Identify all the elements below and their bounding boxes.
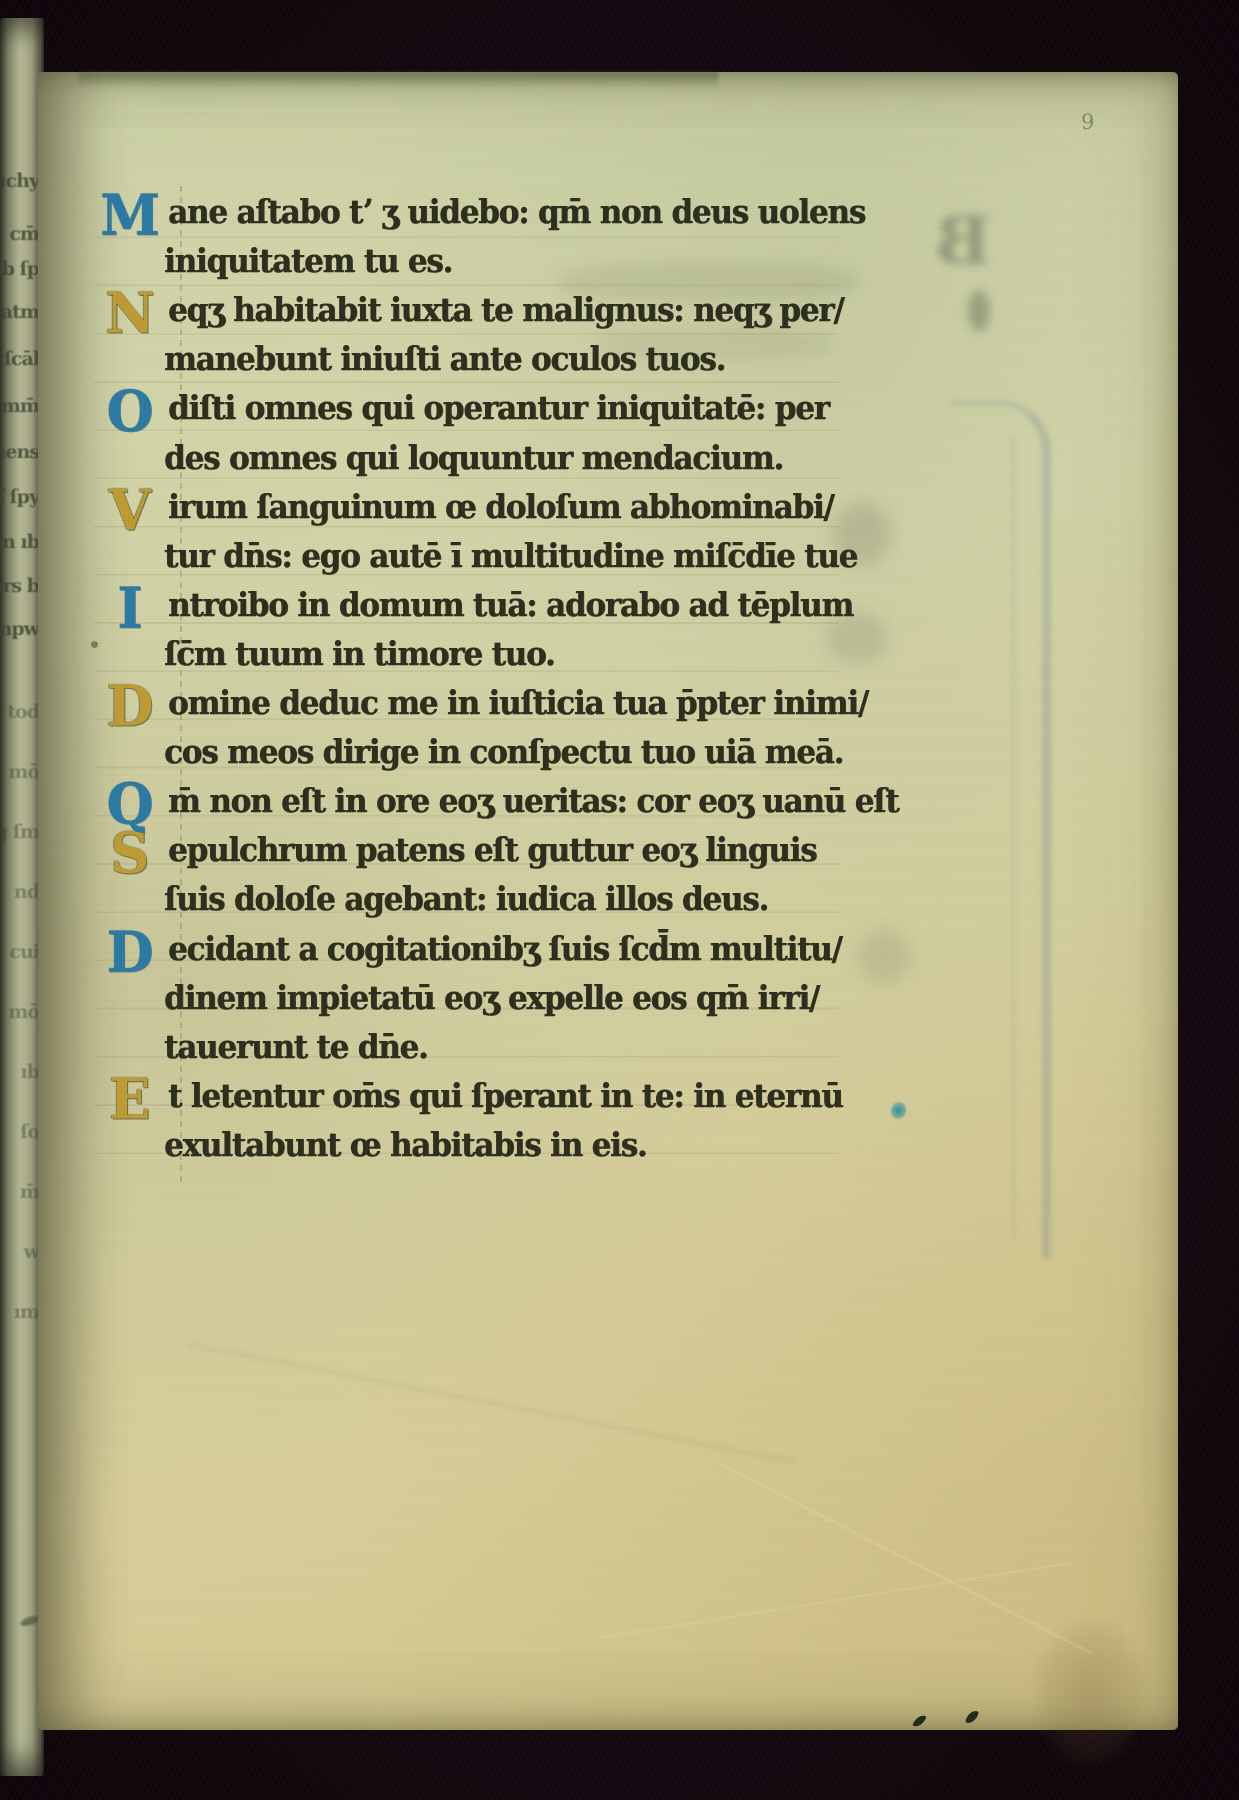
manuscript-line: iniquitatem tu es. xyxy=(164,243,452,295)
line-text: tur dn̄s: ego autē ī multitudine miſc̄dī… xyxy=(164,538,857,575)
text-block: Mane aſtabo tʼ ʒ uidebo: qm̄ non deus uo… xyxy=(94,188,884,1218)
edge-text-fragment: mbrs b xyxy=(0,575,39,597)
manuscript-line: ſc̄m tuum in timore tuo. xyxy=(164,636,555,688)
surface-scratch xyxy=(598,1562,1072,1639)
edge-text-fragment: ſo xyxy=(20,1121,39,1143)
line-text: iniquitatem tu es. xyxy=(164,243,452,280)
edge-text-fragment: w xyxy=(24,1241,39,1263)
manuscript-line: Et letentur om̄s qui ſperant in te: in e… xyxy=(94,1078,843,1130)
edge-text-fragment: ım xyxy=(14,1301,39,1323)
line-text: omine deduc me in iuſticia tua p̄pter in… xyxy=(168,685,868,722)
manuscript-line: cos meos dirige in conſpectu tuo uiā meā… xyxy=(164,734,843,786)
manuscript-line: Mane aſtabo tʼ ʒ uidebo: qm̄ non deus uo… xyxy=(94,194,865,246)
line-text: diſti omnes qui operantur iniquitatē: pe… xyxy=(168,390,829,427)
bleedthrough-blob xyxy=(968,290,990,332)
photo-backdrop: { "page": { "folio_number": "9", "bleedt… xyxy=(0,0,1239,1800)
line-text: t letentur om̄s qui ſperant in te: in et… xyxy=(168,1078,843,1115)
parchment-stain xyxy=(1033,1617,1148,1767)
line-text: ecidant a cogitationibʒ ſuis ſcd̄m multi… xyxy=(168,931,842,968)
brown-dot xyxy=(91,641,98,648)
bleedthrough-letter: B xyxy=(935,202,991,280)
edge-text-fragment: aō ſcāl xyxy=(0,348,39,370)
illuminated-initial: V xyxy=(94,491,166,528)
top-edge-smudge xyxy=(78,72,718,88)
illuminated-initial: N xyxy=(94,294,166,331)
edge-text-fragment: cui xyxy=(9,941,39,963)
manuscript-line: Neqʒ habitabit iuxta te malignus: neqʒ p… xyxy=(94,292,844,344)
edge-text-fragment: mō xyxy=(8,761,39,783)
line-text: irum ſanguinum œ doloſum abhominabi/ xyxy=(168,489,834,526)
edge-text-fragment: cm̄ xyxy=(9,223,39,245)
blue-ink-speck xyxy=(891,1102,906,1119)
line-text: ane aſtabo tʼ ʒ uidebo: qm̄ non deus uol… xyxy=(168,194,865,231)
line-text: ſc̄m tuum in timore tuo. xyxy=(164,636,555,673)
manuscript-line: Introibo in domum tuā: adorabo ad tēplum xyxy=(94,587,853,639)
edge-text-fragment: ıb xyxy=(20,1061,39,1083)
line-text: cos meos dirige in conſpectu tuo uiā meā… xyxy=(164,734,843,771)
edge-text-fragment: nd xyxy=(14,881,39,903)
line-text: des omnes qui loquuntur mendacium. xyxy=(164,440,783,477)
line-text: tauerunt te dn̄e. xyxy=(164,1029,428,1066)
manuscript-line: Qm̄ non eſt in ore eoʒ ueritas: cor eoʒ … xyxy=(94,783,898,835)
manuscript-line: dinem impietatū eoʒ expelle eos qm̄ irri… xyxy=(164,980,819,1032)
line-text: ſuis doloſe agebant: iudica illos deus. xyxy=(164,881,768,918)
manuscript-page: 9 B Mane aſtabo tʼ ʒ uidebo: qm̄ non deu… xyxy=(38,72,1178,1730)
edge-text-fragment: mpw xyxy=(0,618,39,640)
line-text: ntroibo in domum tuā: adorabo ad tēplum xyxy=(168,587,853,624)
illuminated-initial: O xyxy=(94,392,166,429)
manuscript-line: Odiſti omnes qui operantur iniquitatē: p… xyxy=(94,390,829,442)
edge-text-fragment: man ıb xyxy=(0,531,39,553)
line-text: eqʒ habitabit iuxta te malignus: neqʒ pe… xyxy=(168,292,844,329)
edge-text-fragment: g ſm xyxy=(0,821,39,843)
edge-text-fragment: m̄ xyxy=(20,1181,39,1203)
illuminated-initial: I xyxy=(94,589,166,626)
manuscript-line: des omnes qui loquuntur mendacium. xyxy=(164,440,783,492)
manuscript-line: manebunt iniuſti ante oculos tuos. xyxy=(164,341,725,393)
edge-text-fragment: mm̄ xyxy=(1,395,39,417)
illuminated-initial: D xyxy=(94,687,166,724)
illuminated-initial: M xyxy=(94,196,166,233)
manuscript-line: Sepulchrum patens eſt guttur eoʒ linguis xyxy=(94,832,816,884)
manuscript-line: Decidant a cogitationibʒ ſuis ſcd̄m mult… xyxy=(94,931,842,983)
manuscript-line: tur dn̄s: ego autē ī multitudine miſc̄dī… xyxy=(164,538,857,590)
illuminated-initial: S xyxy=(94,834,166,871)
bleedthrough-border-bar-inner xyxy=(1012,438,1015,1238)
folio-number: 9 xyxy=(1081,110,1094,134)
line-text: epulchrum patens eſt guttur eoʒ linguis xyxy=(168,832,816,869)
edge-text-fragment: tod xyxy=(7,701,39,723)
edge-text-fragment: uchy xyxy=(0,170,39,192)
illuminated-initial: E xyxy=(94,1080,166,1117)
illuminated-initial: D xyxy=(94,933,166,970)
illuminated-initial: Q xyxy=(94,785,166,822)
ink-speck xyxy=(912,1713,927,1730)
surface-scratch xyxy=(188,1342,797,1464)
manuscript-line: tauerunt te dn̄e. xyxy=(164,1029,428,1081)
line-text: exultabunt œ habitabis in eis. xyxy=(164,1127,646,1164)
manuscript-line: ſuis doloſe agebant: iudica illos deus. xyxy=(164,881,768,933)
line-text: m̄ non eſt in ore eoʒ ueritas: cor eoʒ u… xyxy=(168,783,898,820)
edge-text-fragment: ndatm xyxy=(0,301,39,323)
line-text: dinem impietatū eoʒ expelle eos qm̄ irri… xyxy=(164,980,819,1017)
manuscript-line: exultabunt œ habitabis in eis. xyxy=(164,1127,646,1179)
bleedthrough-border-bar xyxy=(950,400,1051,1258)
edge-text-fragment: mſ ſpy xyxy=(0,486,39,508)
manuscript-line: Domine deduc me in iuſticia tua p̄pter i… xyxy=(94,685,868,737)
edge-text-fragment: mō xyxy=(8,1001,39,1023)
edge-text-fragment: thens xyxy=(0,441,39,463)
line-text: manebunt iniuſti ante oculos tuos. xyxy=(164,341,725,378)
manuscript-line: Virum ſanguinum œ doloſum abhominabi/ xyxy=(94,489,834,541)
ink-speck xyxy=(965,1709,979,1725)
edge-text-fragment: db ſp xyxy=(0,258,39,280)
